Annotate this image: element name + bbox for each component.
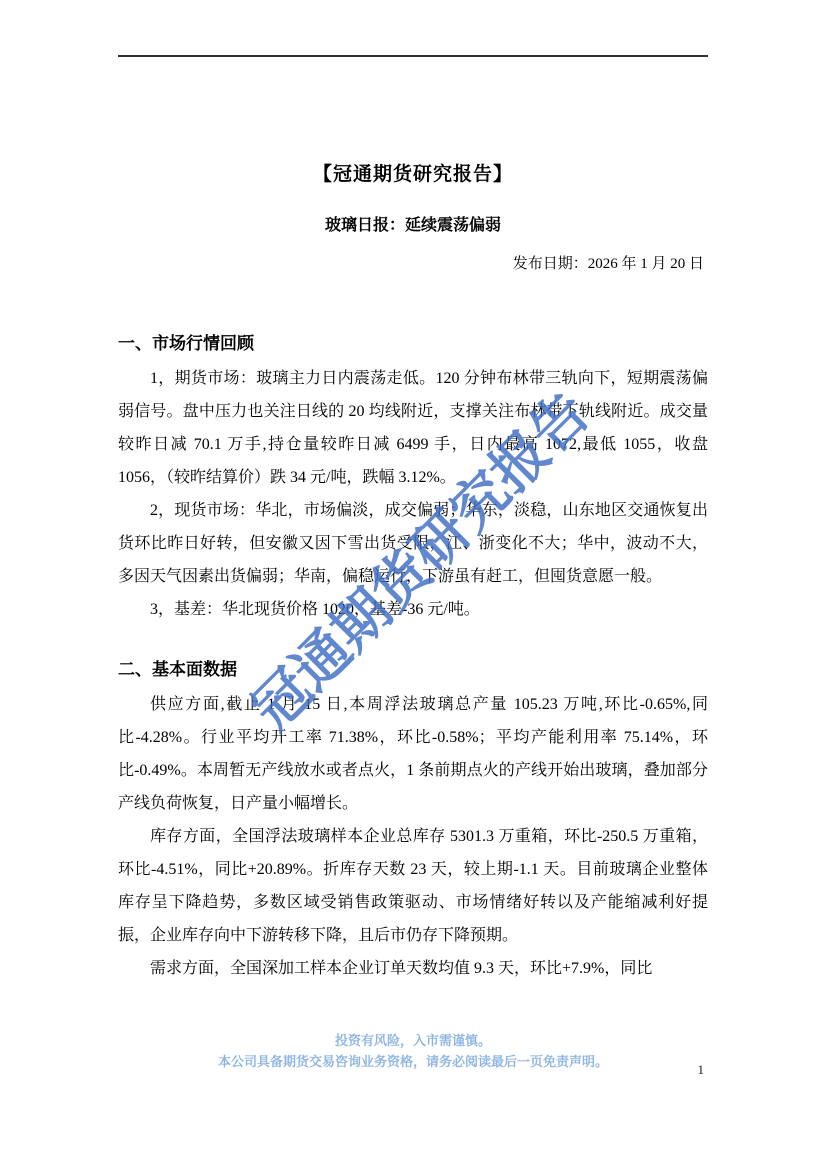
page-content: 【冠通期货研究报告】 玻璃日报：延续震荡偏弱 发布日期：2026 年 1 月 2… [0,55,826,985]
page-number: 1 [698,1061,705,1079]
section-heading-market-review: 一、市场行情回顾 [118,332,708,356]
para-basis: 3，基差：华北现货价格 1020，基差-36 元/吨。 [118,593,708,626]
publish-date: 发布日期：2026 年 1 月 20 日 [118,253,708,275]
section-heading-fundamentals: 二、基本面数据 [118,658,708,682]
report-title: 【冠通期货研究报告】 [118,162,708,188]
para-inventory: 库存方面，全国浮法玻璃样本企业总库存 5301.3 万重箱，环比-250.5 万… [118,820,708,952]
para-supply: 供应方面,截止 1 月 15 日,本周浮法玻璃总产量 105.23 万吨,环比-… [118,688,708,820]
report-page: 冠通期货研究报告 【冠通期货研究报告】 玻璃日报：延续震荡偏弱 发布日期：202… [0,0,826,1169]
footer-risk-warning: 投资有风险，入市需谨慎。 [0,1030,826,1051]
header-rule [118,55,708,57]
report-subtitle: 玻璃日报：延续震荡偏弱 [118,214,708,238]
para-spot-market: 2，现货市场：华北，市场偏淡，成交偏弱；华东，淡稳，山东地区交通恢复出货环比昨日… [118,494,708,593]
para-demand: 需求方面，全国深加工样本企业订单天数均值 9.3 天，环比+7.9%，同比 [118,952,708,985]
para-futures-market: 1，期货市场：玻璃主力日内震荡走低。120 分钟布林带三轨向下，短期震荡偏弱信号… [118,362,708,494]
